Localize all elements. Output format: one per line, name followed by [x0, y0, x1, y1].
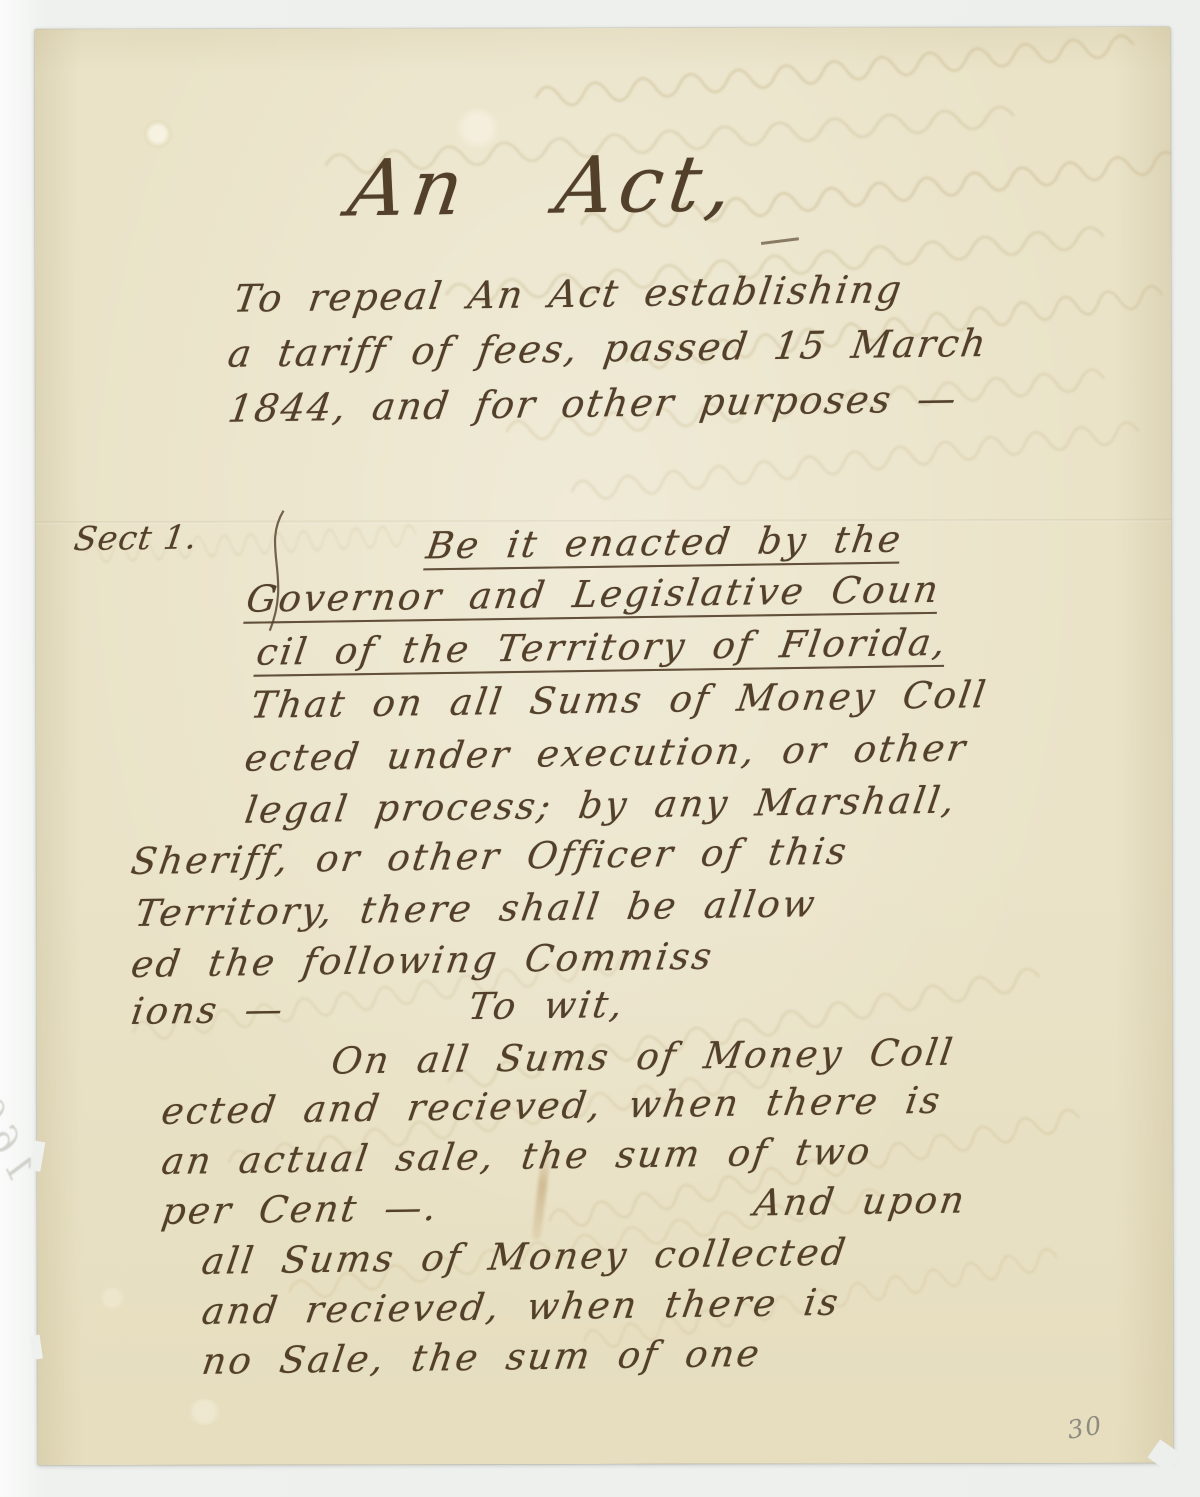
body-line: Territory, there shall be allow [132, 882, 819, 935]
paper-stain [143, 119, 173, 149]
subtitle-line: 1844, and for other purposes — [225, 376, 960, 430]
section-label: Sect 1. [72, 517, 201, 558]
title-flourish-dash [761, 237, 799, 244]
subtitle-line: To repeal An Act establishing [231, 267, 906, 321]
body-line: no Sale, the sum of one [199, 1332, 764, 1383]
paper-stain [99, 1287, 125, 1309]
subtitle-line: a tariff of fees, passed 15 March [225, 321, 990, 376]
body-line: ected under execution, or other [242, 726, 970, 779]
body-line: legal process; by any Marshall, [242, 779, 959, 832]
body-line: Governor and Legislative Coun [244, 568, 944, 621]
pencil-page-number: 30 [1065, 1410, 1105, 1444]
body-line: That on all Sums of Money Coll [248, 673, 991, 727]
body-line: Be it enacted by the [424, 518, 906, 568]
body-line: and recieved, when there is [199, 1281, 843, 1333]
body-line: all Sums of Money collected [199, 1231, 850, 1283]
body-line: per Cent —. And upon [159, 1178, 969, 1233]
body-line: Sheriff, or other Officer of this [128, 830, 851, 883]
body-line: ions — To wit, [129, 983, 628, 1033]
manuscript-page: An Act, To repeal An Act establishing a … [34, 27, 1173, 1465]
body-line: On all Sums of Money Coll [329, 1031, 958, 1083]
body-line: an actual sale, the sum of two [159, 1130, 875, 1183]
worn-corner [1148, 1439, 1182, 1472]
body-line: cil of the Territory of Florida, [254, 621, 951, 674]
body-line: ed the following Commiss [129, 935, 717, 986]
body-line: ected and recieved, when there is [159, 1079, 945, 1133]
paper-stain [187, 1399, 221, 1425]
torn-edge-notch [30, 1335, 43, 1360]
pencil-side-number: 1609 [0, 1058, 41, 1187]
document-title: An Act, [343, 139, 744, 235]
